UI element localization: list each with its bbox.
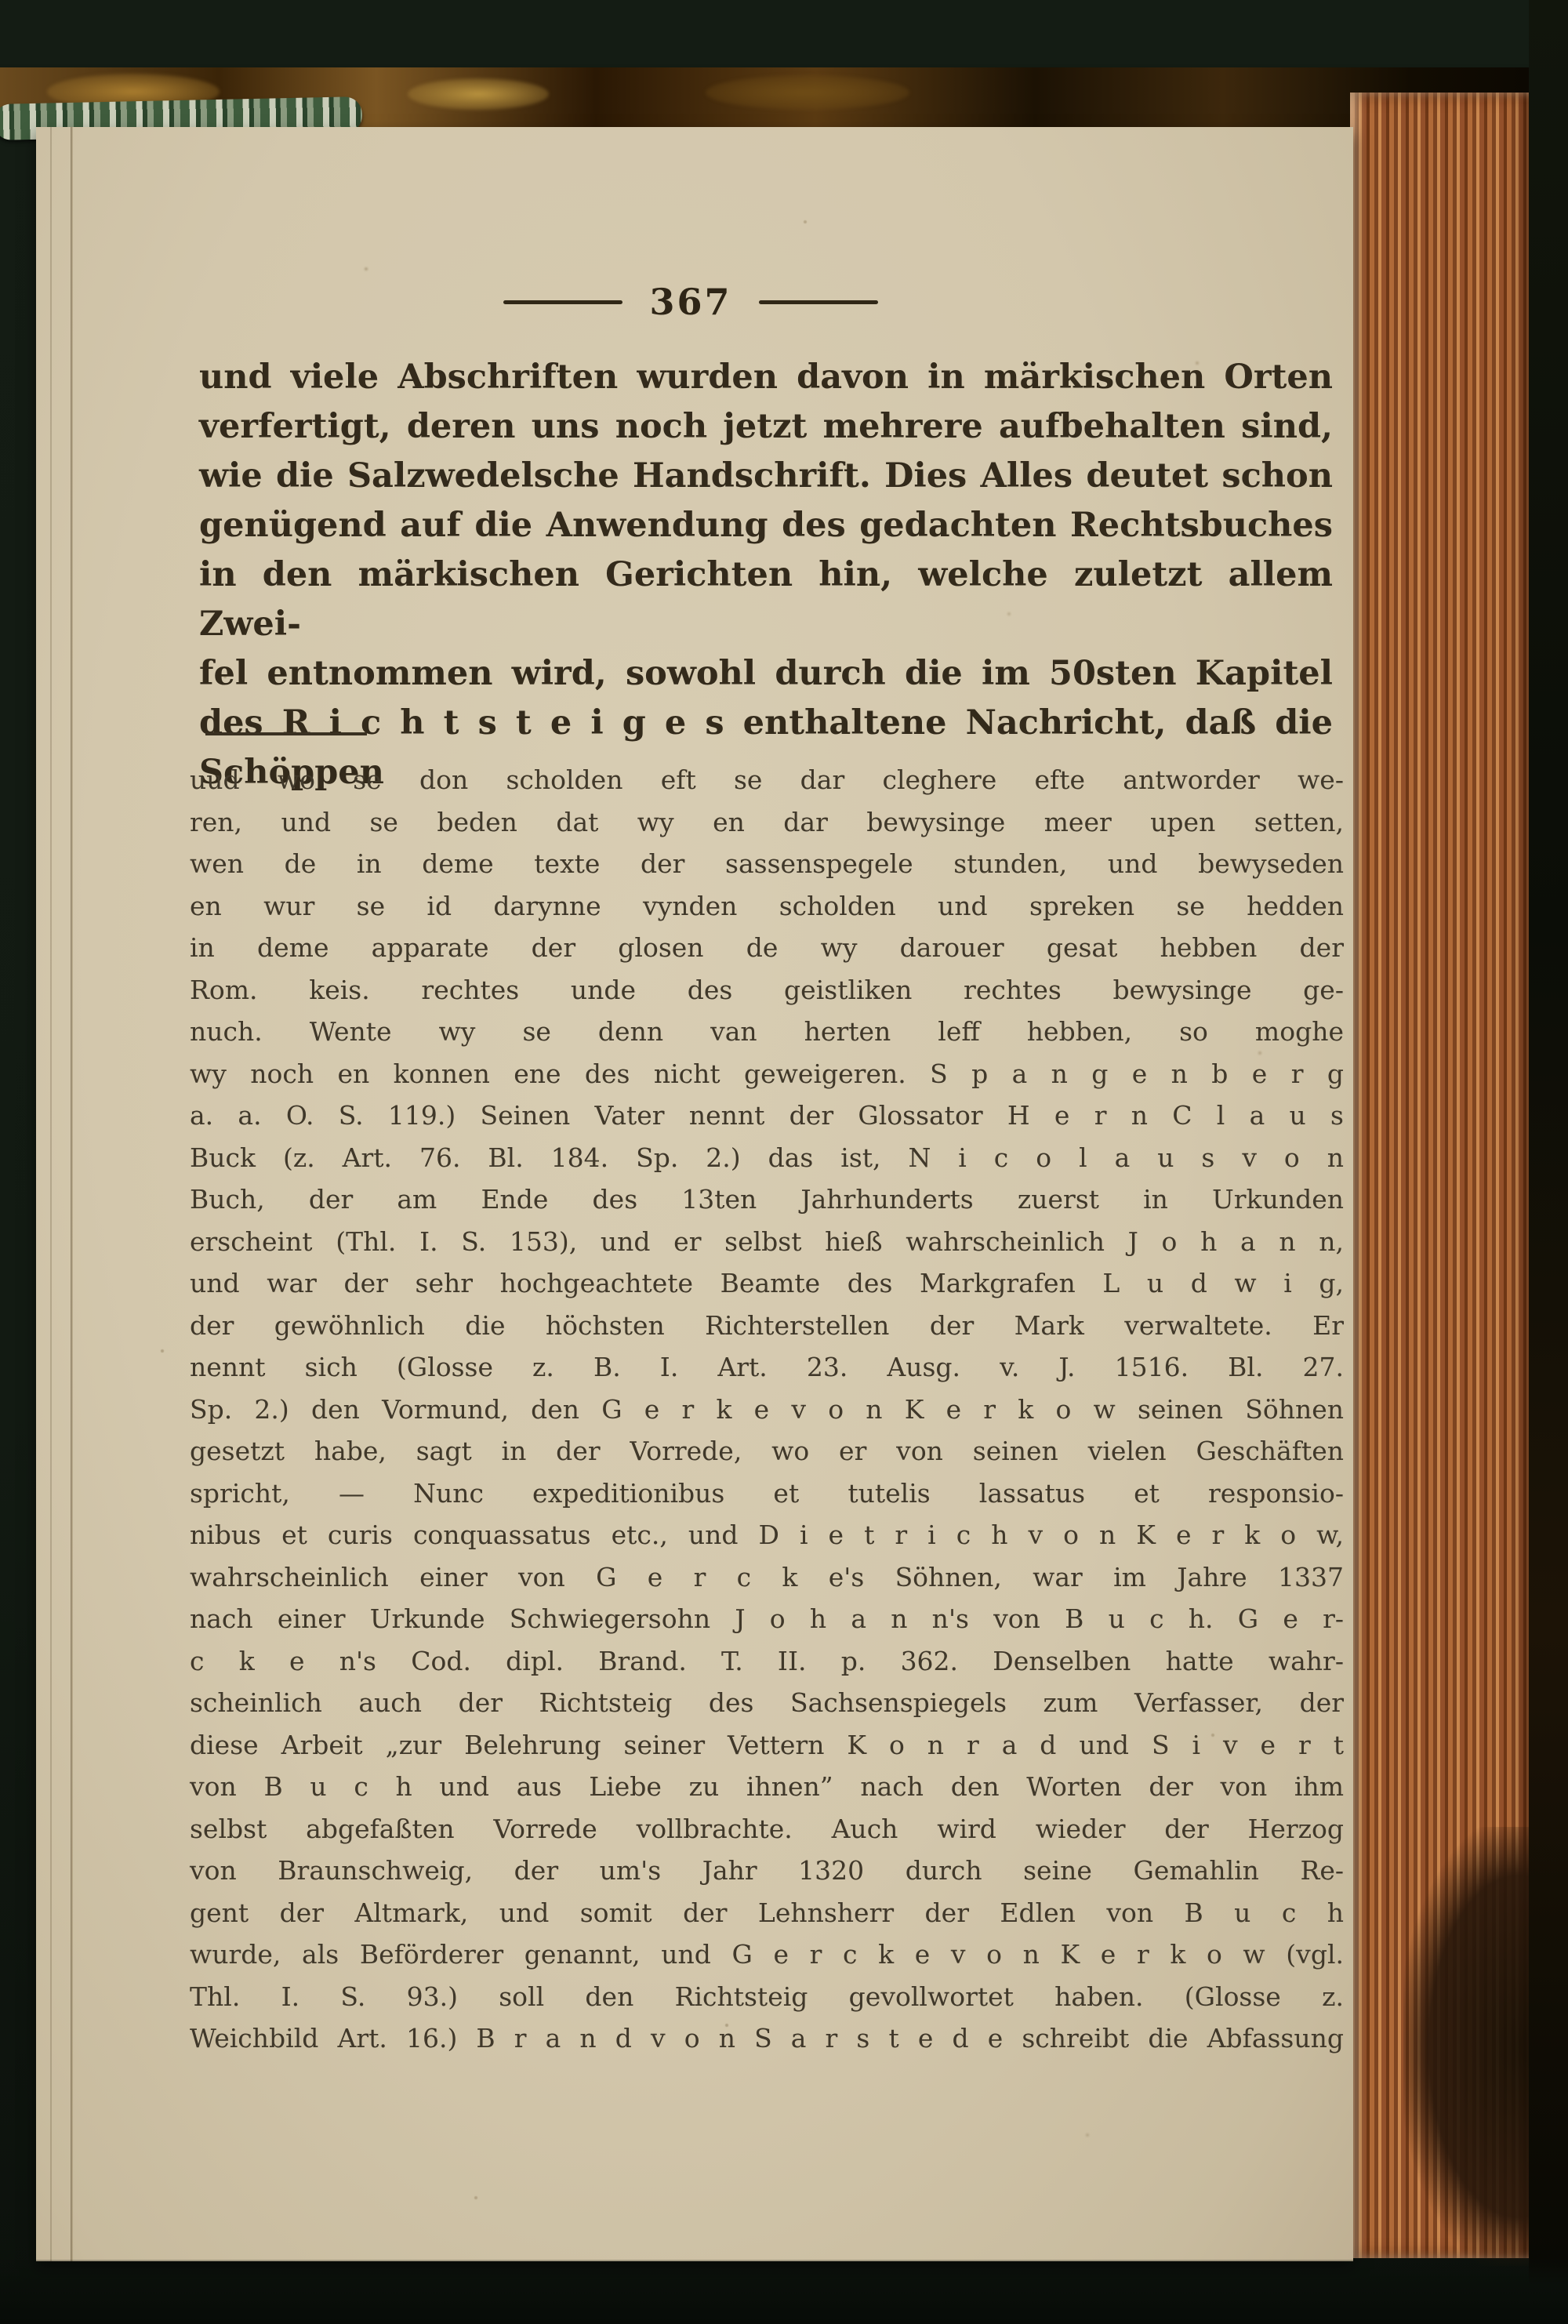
footnote-line: Weichbild Art. 16.) B r a n d v o n S a …	[190, 2017, 1344, 2060]
footnote-line: Buch, der am Ende des 13ten Jahrhunderts…	[190, 1178, 1344, 1221]
footnote-line: nach einer Urkunde Schwiegersohn J o h a…	[190, 1598, 1344, 1640]
footnote-line: en wur se id darynne vynden scholden und…	[190, 885, 1344, 928]
footnote-line: nuch. Wente wy se denn van herten leff h…	[190, 1011, 1344, 1053]
main-text-line: wie die Salzwedelsche Handschrift. Dies …	[199, 452, 1333, 501]
footnote-line: erscheint (Thl. I. S. 153), und er selbs…	[190, 1221, 1344, 1263]
footnote-line: Buck (z. Art. 76. Bl. 184. Sp. 2.) das i…	[190, 1137, 1344, 1179]
footnote-line: von Braunschweig, der um's Jahr 1320 dur…	[190, 1850, 1344, 1892]
main-text-line: in den märkischen Gerichten hin, welche …	[199, 550, 1333, 649]
footnote-line: Sp. 2.) den Vormund, den G e r k e v o n…	[190, 1389, 1344, 1431]
footnote-line: c k e n's Cod. dipl. Brand. T. II. p. 36…	[190, 1640, 1344, 1683]
main-text-paragraph: und viele Abschriften wurden davon in mä…	[199, 353, 1333, 797]
footnote-line: wy noch en konnen ene des nicht geweiger…	[190, 1053, 1344, 1095]
footnote-line: selbst abgefaßten Vorrede vollbrachte. A…	[190, 1808, 1344, 1850]
footnote-line: von B u c h und aus Liebe zu ihnen” nach…	[190, 1766, 1344, 1808]
footnote-line: nennt sich (Glosse z. B. I. Art. 23. Aus…	[190, 1346, 1344, 1389]
footnote-line: ren, und se beden dat wy en dar bewysing…	[190, 801, 1344, 844]
main-text-line: und viele Abschriften wurden davon in mä…	[199, 353, 1333, 402]
footnote-line: Thl. I. S. 93.) soll den Richtsteig gevo…	[190, 1976, 1344, 2018]
header-rule-right	[759, 300, 878, 304]
book-scan-photo: 367 und viele Abschriften wurden davon i…	[0, 0, 1568, 2324]
main-text-line: fel entnommen wird, sowohl durch die im …	[199, 649, 1333, 699]
footnote-line: diese Arbeit „zur Belehrung seiner Vette…	[190, 1724, 1344, 1767]
footnote-line: spricht, — Nunc expeditionibus et tuteli…	[190, 1472, 1344, 1515]
footnote-line: wahrscheinlich einer von G e r c k e's S…	[190, 1556, 1344, 1599]
header-rule-left	[503, 300, 622, 304]
footnote-line: und war der sehr hochgeachtete Beamte de…	[190, 1262, 1344, 1305]
footnote-block: uud wo se don scholden eft se dar cleghe…	[190, 759, 1344, 2060]
footnote-line: wen de in deme texte der sassenspegele s…	[190, 843, 1344, 885]
footnote-line: nibus et curis conquassatus etc., und D …	[190, 1514, 1344, 1556]
footnote-separator-rule	[205, 732, 367, 735]
leather-wear-patch	[408, 78, 549, 110]
page-number: 367	[649, 281, 731, 323]
footnote-line: uud wo se don scholden eft se dar cleghe…	[190, 759, 1344, 801]
footnote-line: in deme apparate der glosen de wy daroue…	[190, 927, 1344, 969]
footnote-line: a. a. O. S. 119.) Seinen Vater nennt der…	[190, 1095, 1344, 1137]
paper-speckles	[36, 127, 38, 129]
book-cover-right	[1529, 0, 1568, 2324]
main-text-line: verfertigt, deren uns noch jetzt mehrere…	[199, 402, 1333, 452]
background-bottom-band	[0, 2260, 1568, 2324]
page-crease	[71, 127, 73, 2261]
main-text-line: genügend auf die Anwendung des gedachten…	[199, 501, 1333, 550]
leather-wear-patch	[706, 75, 909, 110]
footnote-line: Rom. keis. rechtes unde des geistliken r…	[190, 969, 1344, 1011]
page-edge-line	[50, 127, 52, 2261]
page-header: 367	[201, 281, 1181, 323]
footnote-line: scheinlich auch der Richtsteig des Sachs…	[190, 1682, 1344, 1724]
footnote-line: der gewöhnlich die höchsten Richterstell…	[190, 1305, 1344, 1347]
footnote-line: wurde, als Beförderer genannt, und G e r…	[190, 1934, 1344, 1976]
footnote-line: gent der Altmark, und somit der Lehnsher…	[190, 1892, 1344, 1934]
book-page: 367 und viele Abschriften wurden davon i…	[36, 127, 1353, 2261]
footnote-line: gesetzt habe, sagt in der Vorrede, wo er…	[190, 1430, 1344, 1472]
